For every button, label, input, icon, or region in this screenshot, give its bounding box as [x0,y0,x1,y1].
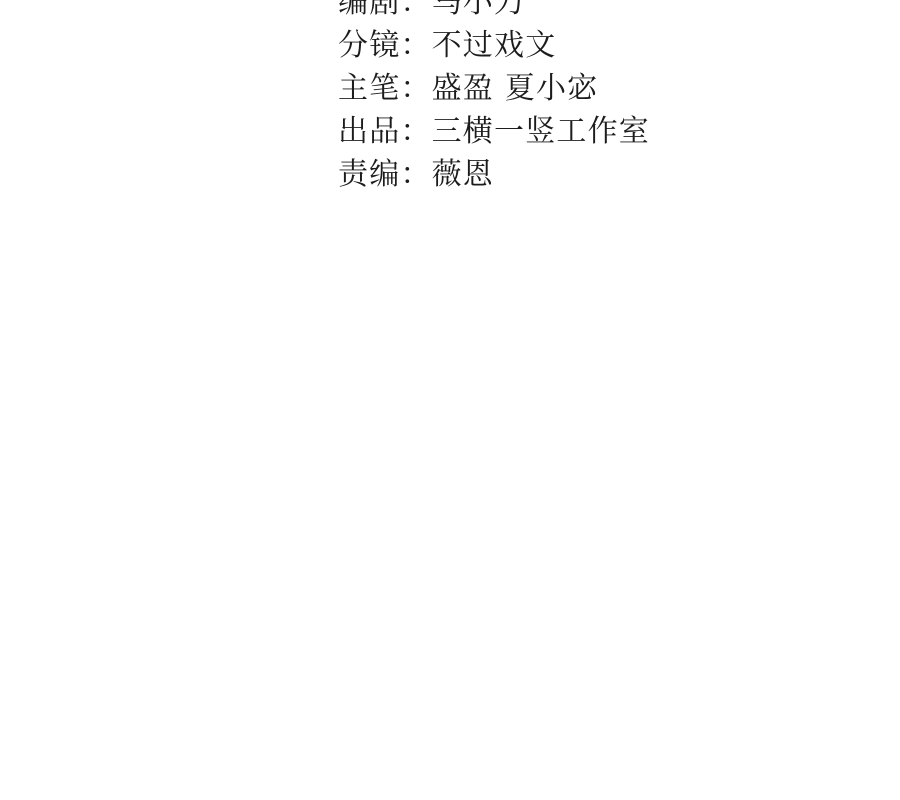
credit-line-producer: 出品：三横一竖工作室 [338,110,650,153]
credit-role-label: 主笔 [338,71,400,106]
credit-colon: ： [400,28,431,63]
credit-line-lead-artist: 主笔：盛盈 夏小宓 [338,67,650,110]
credit-value: 盛盈 夏小宓 [432,71,599,106]
credit-value: 马小刀 [432,0,526,20]
credit-role-label: 编剧 [338,0,400,20]
credit-value: 三横一竖工作室 [432,114,650,149]
credit-colon: ： [400,71,431,106]
credit-role-label: 分镜 [338,28,400,63]
credit-colon: ： [400,114,431,149]
credit-value: 薇恩 [432,157,494,192]
credit-line-screenwriter: 编剧：马小刀 [338,0,650,24]
credit-role-label: 责编 [338,157,400,192]
credit-value: 不过戏文 [432,28,557,63]
credit-colon: ： [400,0,431,20]
credits-block: 编剧：马小刀 分镜：不过戏文 主笔：盛盈 夏小宓 出品：三横一竖工作室 责编：薇… [338,0,650,196]
credit-line-storyboard: 分镜：不过戏文 [338,24,650,67]
credit-line-editor: 责编：薇恩 [338,153,650,196]
credit-colon: ： [400,157,431,192]
credit-role-label: 出品 [338,114,400,149]
